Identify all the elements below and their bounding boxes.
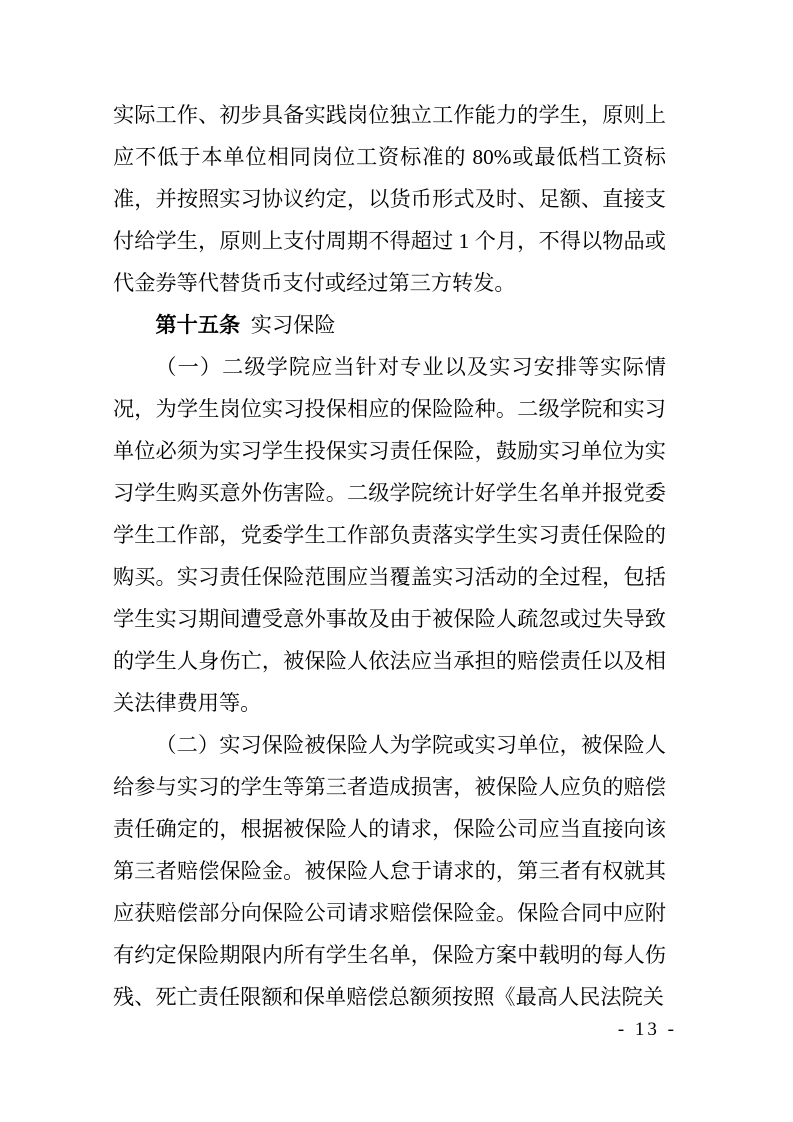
article-heading: 第十五条实习保险 [113, 304, 666, 346]
document-page: 实际工作、初步具备实践岗位独立工作能力的学生，原则上应不低于本单位相同岗位工资标… [0, 0, 793, 1122]
article-title: 实习保险 [251, 313, 336, 337]
paragraph-continuation: 实际工作、初步具备实践岗位独立工作能力的学生，原则上应不低于本单位相同岗位工资标… [113, 94, 666, 304]
article-number: 第十五条 [155, 313, 240, 337]
page-number: - 13 - [618, 1020, 677, 1040]
paragraph-item-two: （二）实习保险被保险人为学院或实习单位，被保险人给参与实习的学生等第三者造成损害… [113, 724, 666, 1018]
paragraph-item-one: （一）二级学院应当针对专业以及实习安排等实际情况，为学生岗位实习投保相应的保险险… [113, 346, 666, 724]
document-body: 实际工作、初步具备实践岗位独立工作能力的学生，原则上应不低于本单位相同岗位工资标… [113, 94, 666, 1018]
